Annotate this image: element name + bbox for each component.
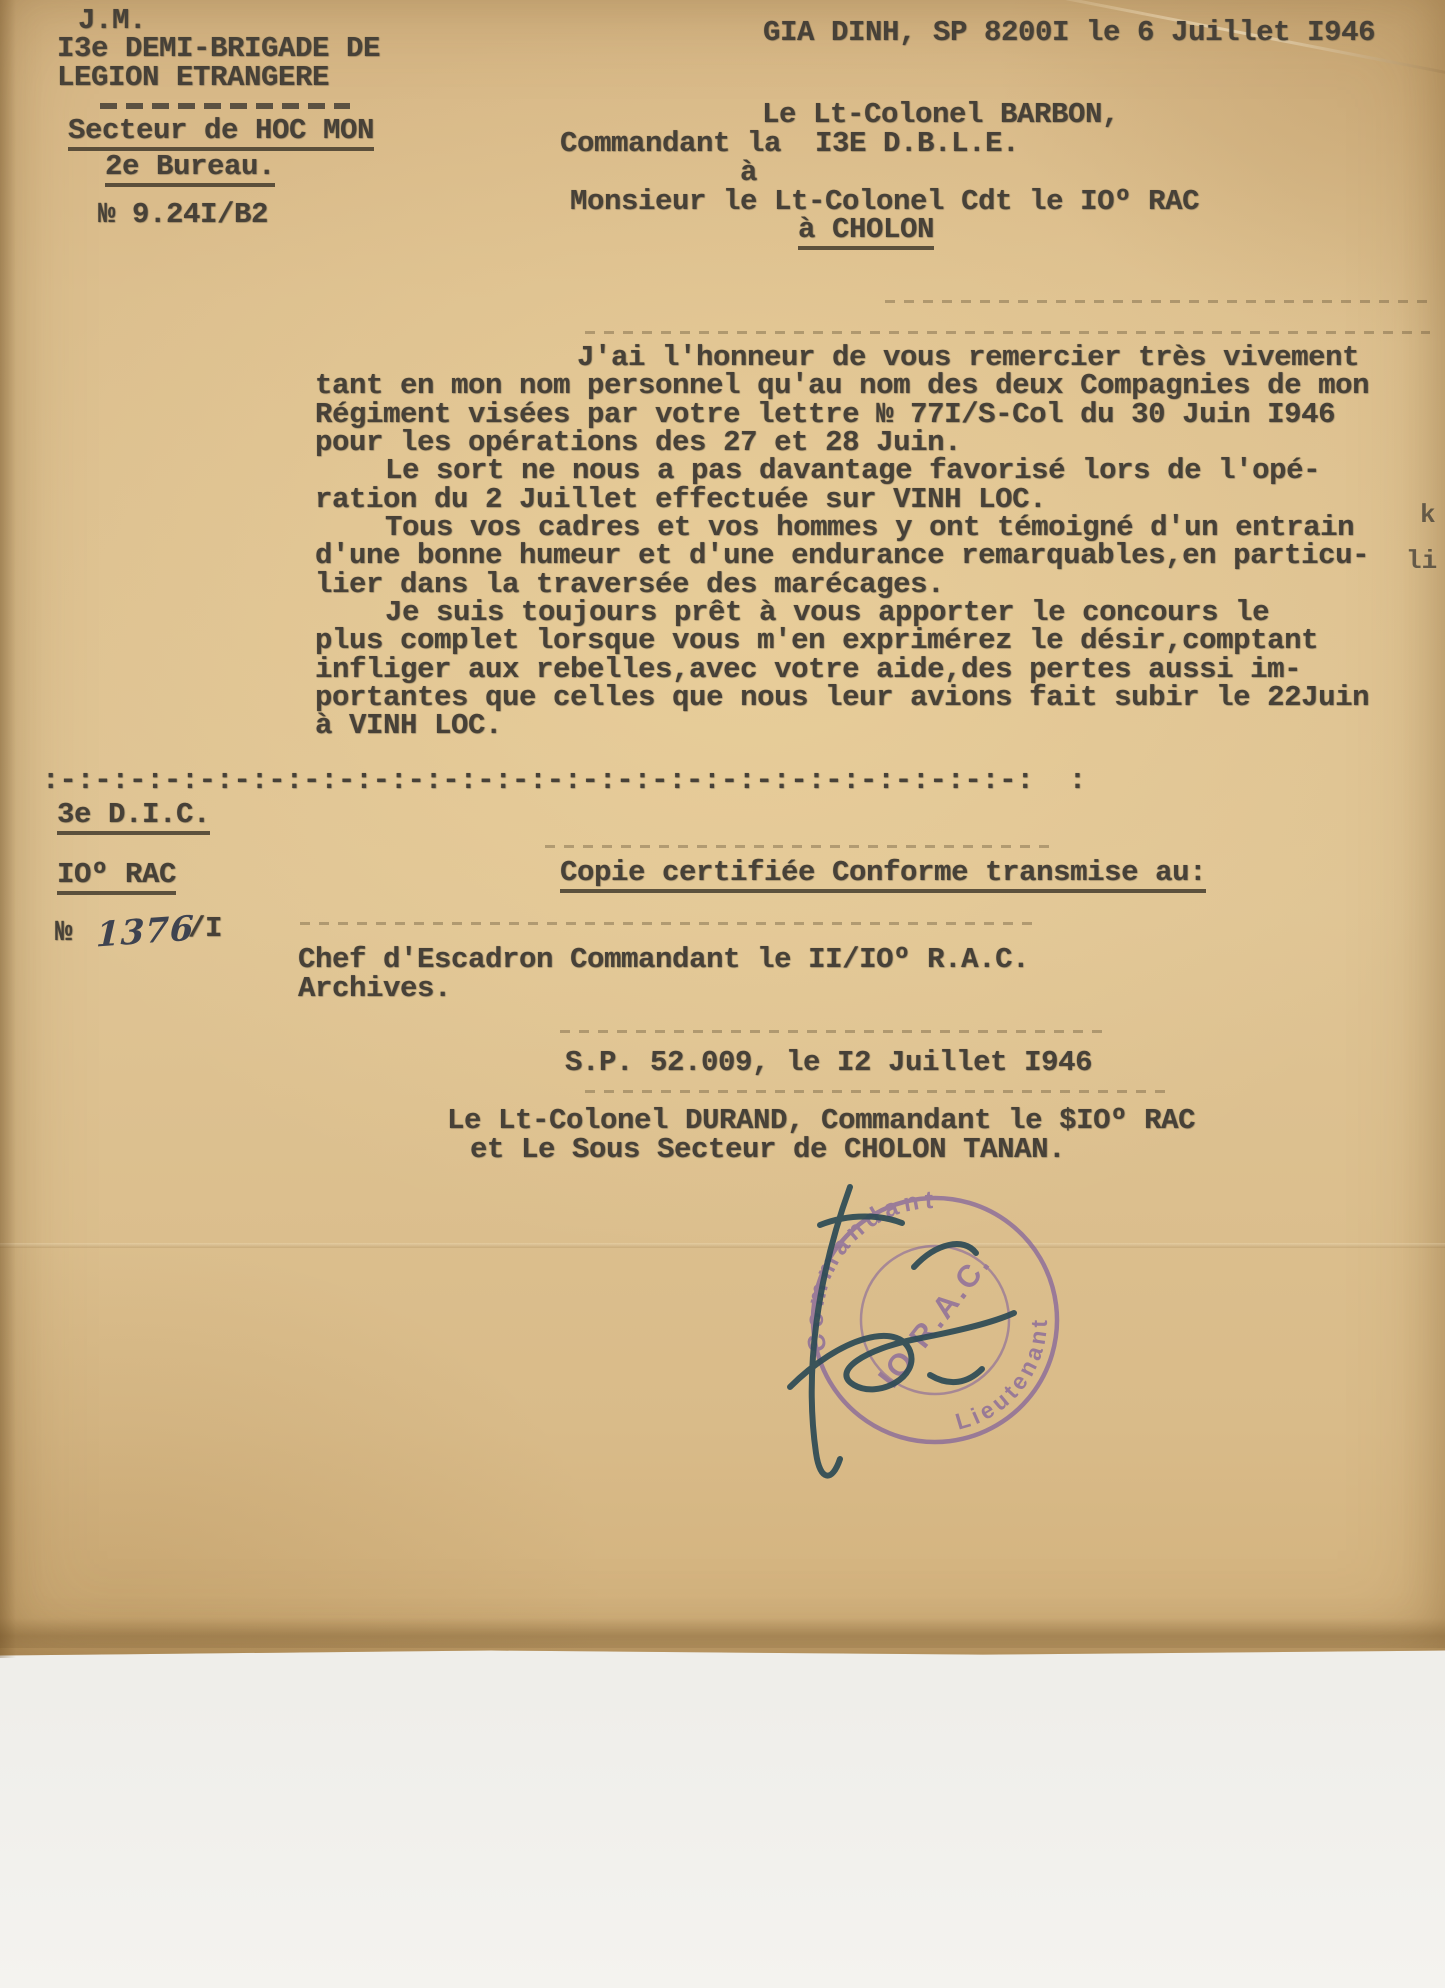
ghost-line — [585, 331, 1430, 334]
dateline: GIA DINH, SP 8200I le 6 Juillet I946 — [763, 18, 1375, 48]
ghost-line — [560, 1030, 1105, 1033]
ghost-line — [300, 922, 1035, 925]
transmission-unit2: IOº RAC — [57, 860, 176, 895]
stray-mark: li — [1406, 546, 1437, 576]
scanned-letter: J.M. I3e DEMI-BRIGADE DE LEGION ETRANGER… — [0, 0, 1445, 1988]
transmission-title: Copie certifiée Conforme transmise au: — [560, 858, 1206, 893]
signature-scribble — [700, 1125, 1080, 1505]
certification-dateline: S.P. 52.009, le I2 Juillet I946 — [565, 1048, 1092, 1078]
letterhead-dashed-rule — [100, 103, 350, 109]
body-line: d'une bonne humeur et d'une endurance re… — [315, 541, 1369, 571]
sender-line2: Commandant la I3E D.B.L.E. — [560, 129, 1019, 159]
section-divider: :-:-:-:-:-:-:-:-:-:-:-:-:-:-:-:-:-:-:-:-… — [42, 766, 1086, 796]
transmission-recipient2: Archives. — [298, 974, 451, 1004]
body-line: à VINH LOC. — [315, 711, 502, 741]
letterhead-unit-line1: I3e DEMI-BRIGADE DE — [57, 34, 380, 64]
ghost-line — [585, 1090, 1170, 1093]
transmission-unit1: 3e D.I.C. — [57, 800, 210, 835]
letterhead-sector: Secteur de HOC MON — [68, 116, 374, 151]
letterhead-bureau: 2e Bureau. — [105, 152, 275, 187]
handwritten-ref-number: 1376 — [95, 908, 195, 955]
stray-mark: k — [1420, 500, 1436, 530]
transmission-ref-suffix: /I — [188, 914, 222, 944]
recipient-line2: à CHOLON — [798, 215, 934, 250]
sender-line1: Le Lt-Colonel BARBON, — [762, 100, 1119, 130]
body-line: Le sort ne nous a pas davantage favorisé… — [385, 456, 1320, 486]
ghost-line — [545, 845, 1050, 848]
ghost-line — [885, 300, 1430, 303]
addressee-connector: à — [740, 158, 757, 188]
letterhead-reference: № 9.24I/B2 — [98, 200, 268, 230]
transmission-ref-prefix: № — [55, 918, 72, 948]
transmission-recipient1: Chef d'Escadron Commandant le II/IOº R.A… — [298, 945, 1029, 975]
body-line: plus complet lorsque vous m'en exprimére… — [315, 626, 1318, 656]
body-line: tant en mon nom personnel qu'au nom des … — [315, 371, 1369, 401]
letterhead-unit-line2: LEGION ETRANGERE — [57, 63, 329, 93]
